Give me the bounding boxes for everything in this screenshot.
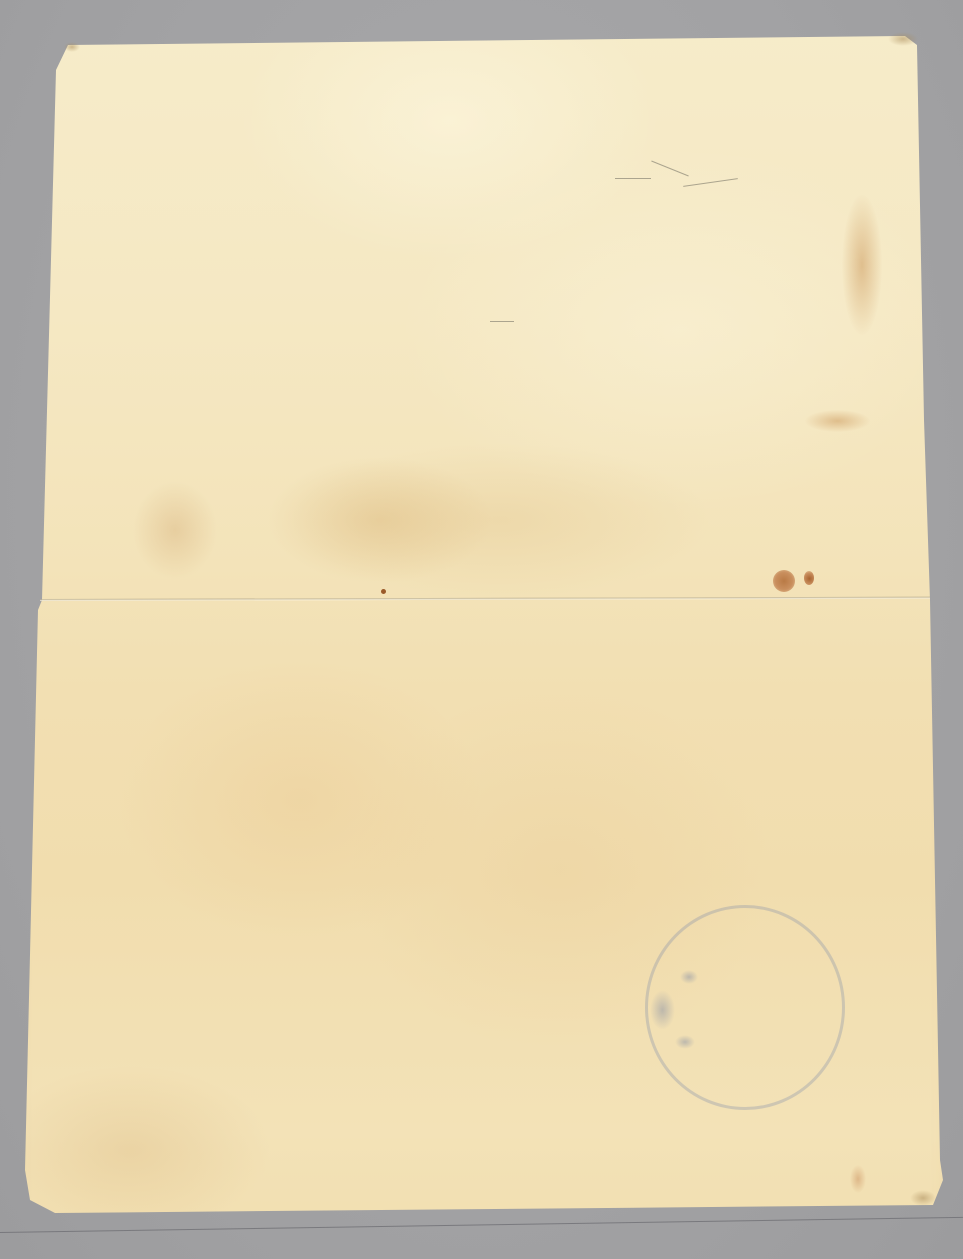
bottom-right-stain xyxy=(850,1165,866,1193)
corner-wear-top-right xyxy=(888,32,918,46)
pencil-mark xyxy=(615,178,651,179)
right-edge-water-stain-lower xyxy=(805,410,870,432)
rust-spot-large xyxy=(773,570,795,592)
pencil-mark xyxy=(490,321,514,322)
stamp-ink-smudge xyxy=(675,1035,695,1049)
corner-wear-top-left xyxy=(64,42,80,52)
rust-spot-small xyxy=(804,571,814,585)
rust-spot-tiny xyxy=(381,589,386,594)
right-edge-water-stain xyxy=(842,195,882,335)
stamp-ink-smudge xyxy=(680,970,698,984)
corner-wear-bottom-right xyxy=(910,1190,936,1206)
stamp-ink-smudge xyxy=(650,990,675,1030)
